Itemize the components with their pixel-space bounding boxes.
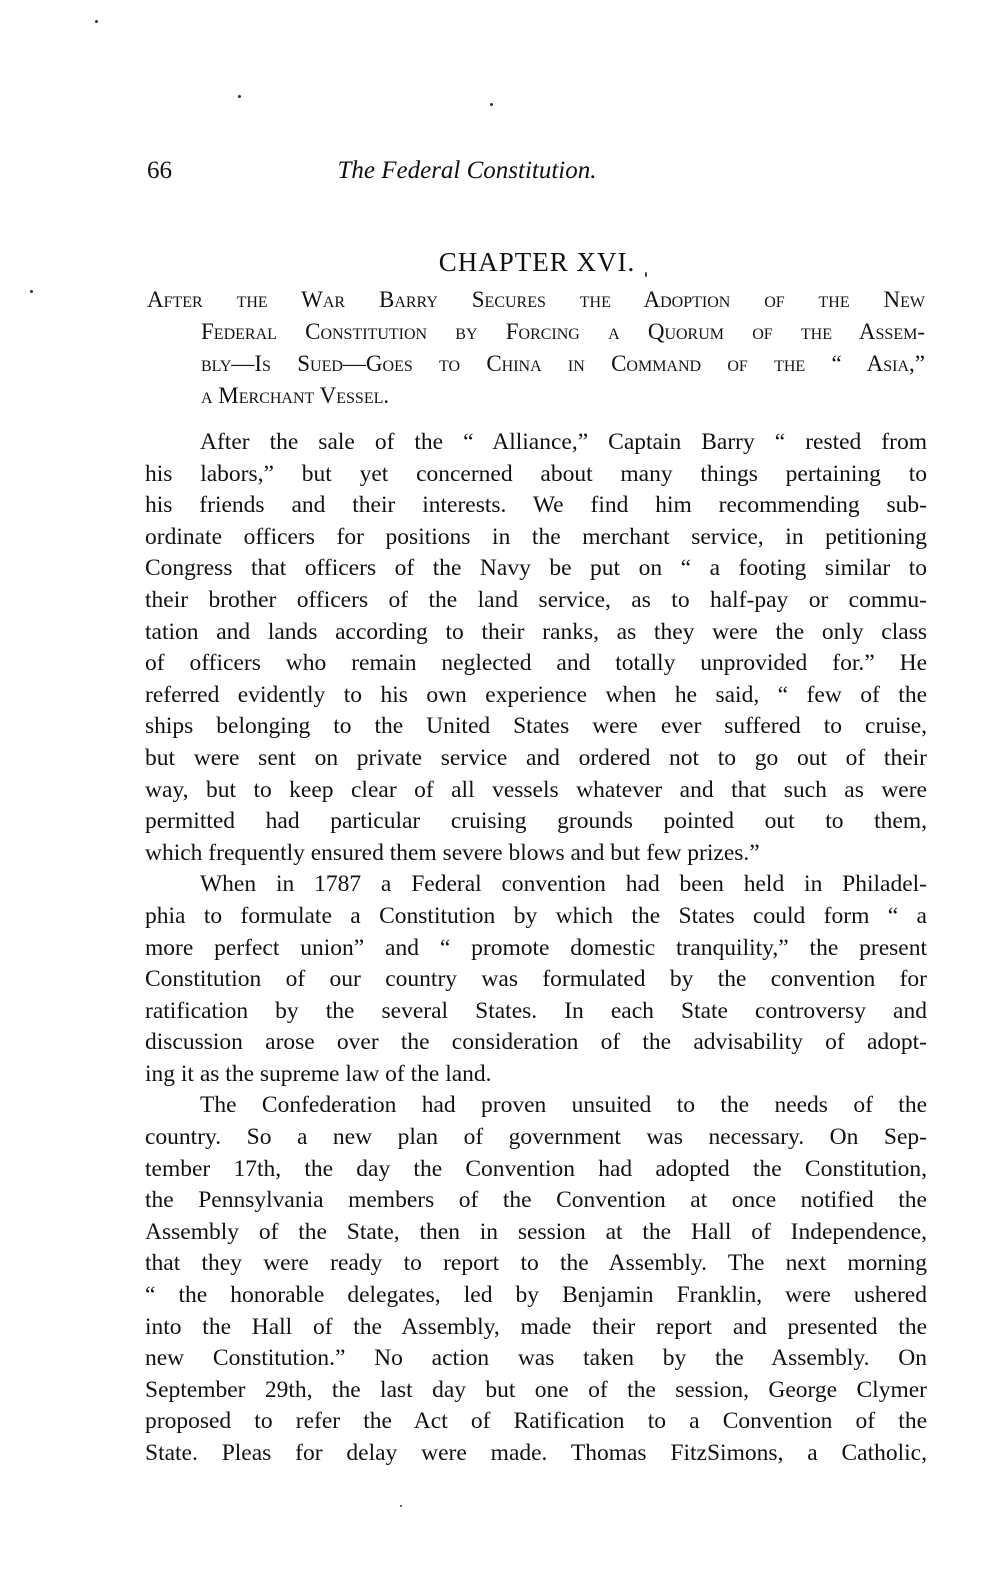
running-title: The Federal Constitution. [147, 157, 787, 185]
text-line: tember 17th, the day the Convention had … [145, 1154, 927, 1186]
text-line: more perfect union” and “ promote domest… [145, 933, 927, 965]
running-head: 66 The Federal Constitution. [147, 157, 927, 191]
text-line: but were sent on private service and ord… [145, 743, 927, 775]
text-line: September 29th, the last day but one of … [145, 1375, 927, 1407]
text-line: that they were ready to report to the As… [145, 1248, 927, 1280]
text-line: phia to formulate a Constitution by whic… [145, 901, 927, 933]
text-line: Assembly of the State, then in session a… [145, 1217, 927, 1249]
scan-speck [95, 20, 98, 23]
chapter-heading: CHAPTER XVI. [147, 247, 927, 278]
text-line: which frequently ensured them severe blo… [145, 838, 927, 870]
text-line: ordinate officers for positions in the m… [145, 522, 927, 554]
text-line: ing it as the supreme law of the land. [145, 1059, 927, 1091]
text-line: “ the honorable delegates, led by Benjam… [145, 1280, 927, 1312]
scan-speck [238, 95, 241, 98]
text-line: new Constitution.” No action was taken b… [145, 1343, 927, 1375]
text-line: proposed to refer the Act of Ratificatio… [145, 1406, 927, 1438]
text-line: tation and lands according to their rank… [145, 617, 927, 649]
text-line: way, but to keep clear of all vessels wh… [145, 775, 927, 807]
scan-speck [490, 103, 493, 106]
body-text: After the sale of the “ Alliance,” Capta… [145, 427, 927, 1470]
text-line: After the sale of the “ Alliance,” Capta… [145, 427, 927, 459]
text-line: country. So a new plan of government was… [145, 1122, 927, 1154]
summary-line: a Merchant Vessel. [147, 380, 925, 412]
scan-speck [30, 290, 33, 293]
text-line: ships belonging to the United States wer… [145, 711, 927, 743]
text-line: referred evidently to his own experience… [145, 680, 927, 712]
text-line: discussion arose over the consideration … [145, 1027, 927, 1059]
text-line: his friends and their interests. We find… [145, 490, 927, 522]
text-line: their brother officers of the land servi… [145, 585, 927, 617]
text-line: of officers who remain neglected and tot… [145, 648, 927, 680]
scan-speck [400, 1505, 402, 1507]
summary-line: bly—Is Sued—Goes to China in Command of … [147, 348, 925, 380]
text-line: into the Hall of the Assembly, made thei… [145, 1312, 927, 1344]
text-line: permitted had particular cruising ground… [145, 806, 927, 838]
text-line: his labors,” but yet concerned about man… [145, 459, 927, 491]
book-page: 66 The Federal Constitution. CHAPTER XVI… [0, 0, 1000, 1580]
chapter-summary: After the War Barry Secures the Adoption… [147, 284, 925, 412]
text-line: State. Pleas for delay were made. Thomas… [145, 1438, 927, 1470]
summary-line: After the War Barry Secures the Adoption… [147, 284, 925, 316]
text-line: The Confederation had proven unsuited to… [145, 1090, 927, 1122]
text-line: Congress that officers of the Navy be pu… [145, 553, 927, 585]
summary-line: Federal Constitution by Forcing a Quorum… [147, 316, 925, 348]
text-line: Constitution of our country was formulat… [145, 964, 927, 996]
text-line: When in 1787 a Federal convention had be… [145, 869, 927, 901]
text-line: the Pennsylvania members of the Conventi… [145, 1185, 927, 1217]
text-line: ratification by the several States. In e… [145, 996, 927, 1028]
